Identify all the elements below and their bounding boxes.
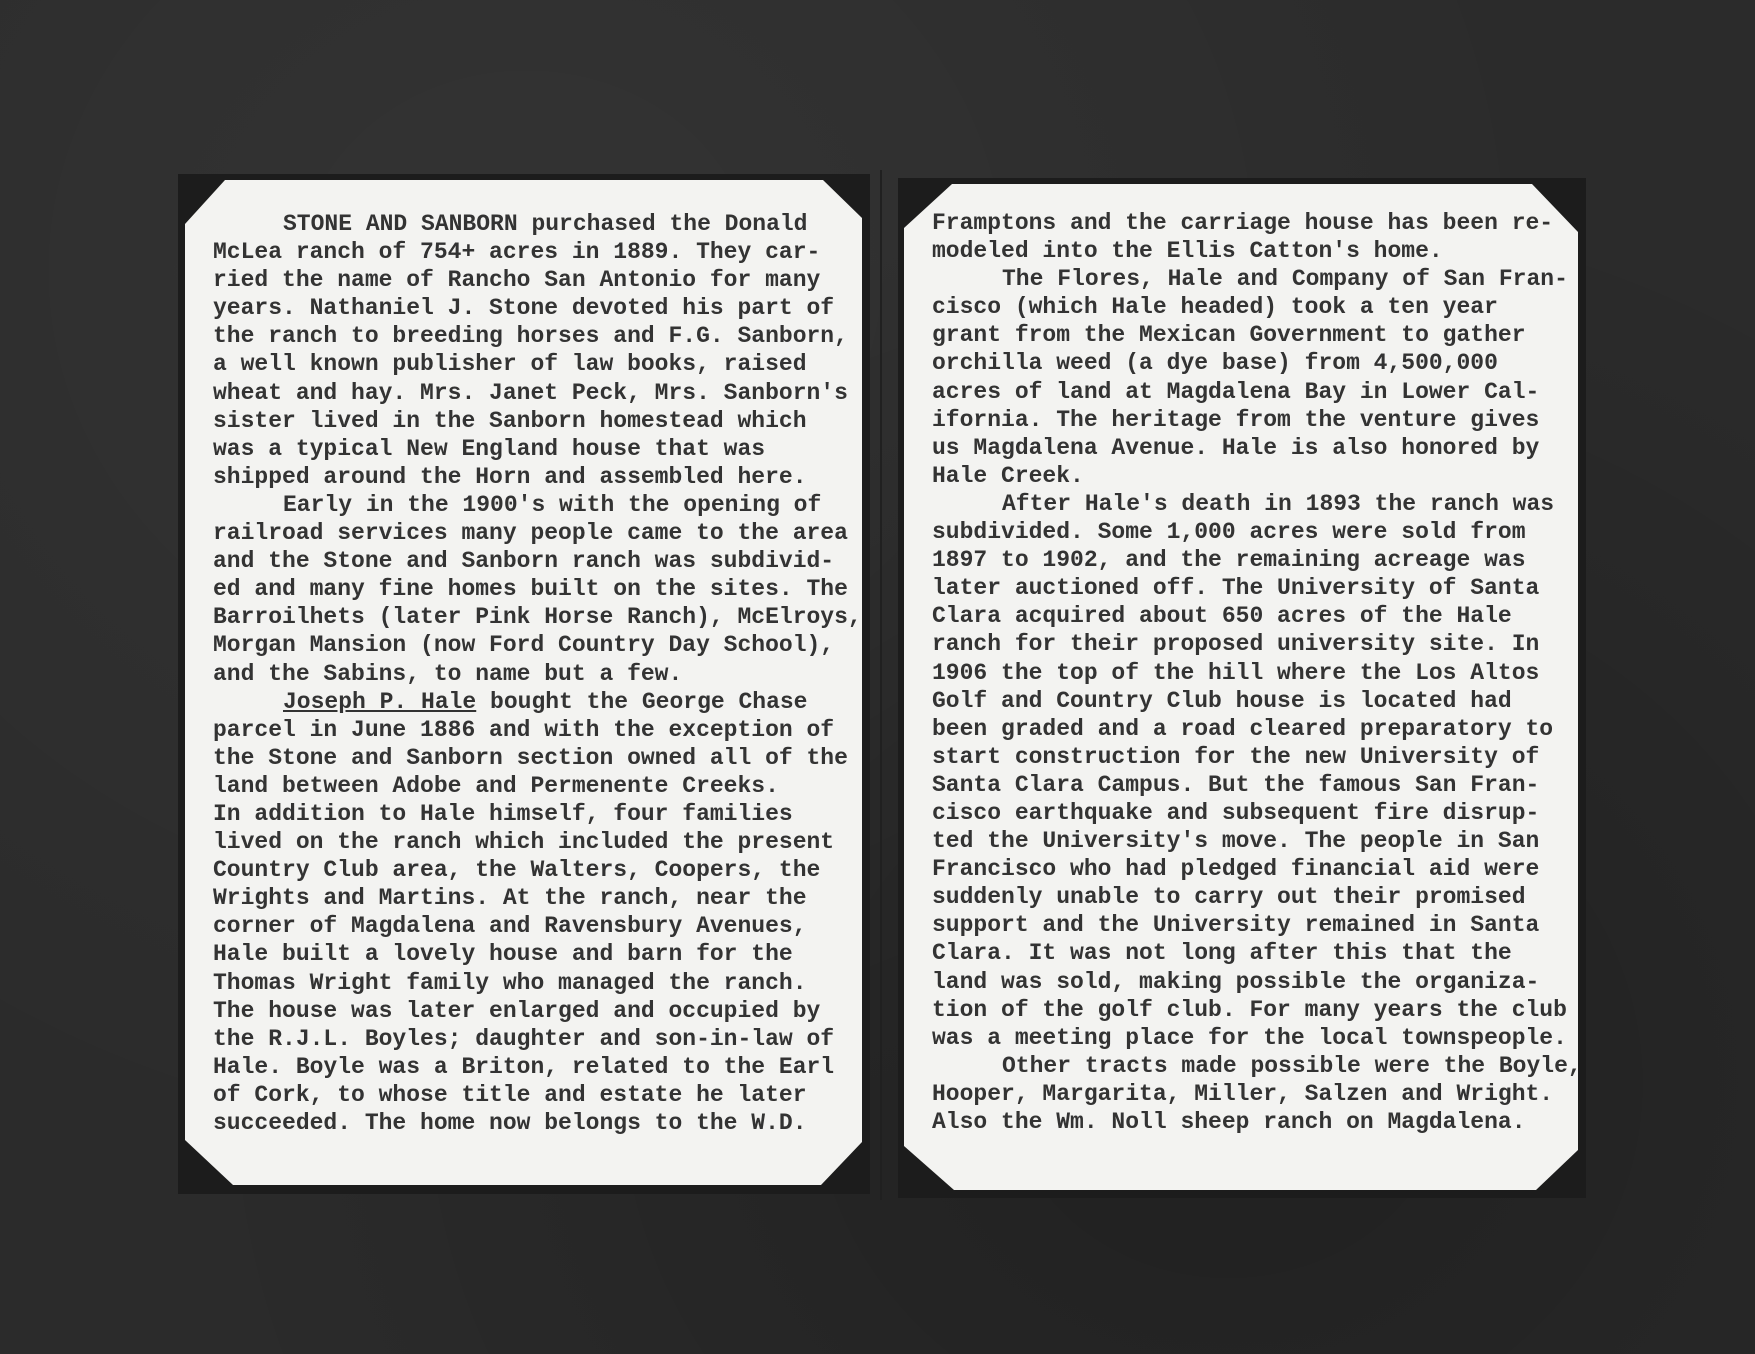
text-line: sister lived in the Sanborn homestead wh…: [213, 407, 862, 435]
text-line: Barroilhets (later Pink Horse Ranch), Mc…: [213, 603, 862, 631]
text-line: McLea ranch of 754+ acres in 1889. They …: [213, 238, 862, 266]
text-line: grant from the Mexican Government to gat…: [932, 321, 1582, 349]
text-line: shipped around the Horn and assembled he…: [213, 463, 862, 491]
text-line: Joseph P. Hale bought the George Chase: [213, 688, 862, 716]
text-line: years. Nathaniel J. Stone devoted his pa…: [213, 294, 862, 322]
text-line: Country Club area, the Walters, Coopers,…: [213, 856, 862, 884]
text-line: In addition to Hale himself, four famili…: [213, 800, 862, 828]
text-line: and the Stone and Sanborn ranch was subd…: [213, 547, 862, 575]
text-line: was a typical New England house that was: [213, 435, 862, 463]
text-line: Other tracts made possible were the Boyl…: [932, 1052, 1582, 1080]
text-line: a well known publisher of law books, rai…: [213, 350, 862, 378]
text-line: wheat and hay. Mrs. Janet Peck, Mrs. San…: [213, 379, 862, 407]
text-line: Hale built a lovely house and barn for t…: [213, 940, 862, 968]
text-line: Wrights and Martins. At the ranch, near …: [213, 884, 862, 912]
text-line: cisco (which Hale headed) took a ten yea…: [932, 293, 1582, 321]
text-line: the R.J.L. Boyles; daughter and son-in-l…: [213, 1025, 862, 1053]
text-line: support and the University remained in S…: [932, 911, 1582, 939]
text-line: subdivided. Some 1,000 acres were sold f…: [932, 518, 1582, 546]
text-line: After Hale's death in 1893 the ranch was: [932, 490, 1582, 518]
text-line: orchilla weed (a dye base) from 4,500,00…: [932, 349, 1582, 377]
text-line: The Flores, Hale and Company of San Fran…: [932, 265, 1582, 293]
text-line: been graded and a road cleared preparato…: [932, 715, 1582, 743]
text-line: ranch for their proposed university site…: [932, 630, 1582, 658]
text-line: Francisco who had pledged financial aid …: [932, 855, 1582, 883]
text-line: Framptons and the carriage house has bee…: [932, 209, 1582, 237]
text-line: STONE AND SANBORN purchased the Donald: [213, 210, 862, 238]
text-line: The house was later enlarged and occupie…: [213, 997, 862, 1025]
text-line: suddenly unable to carry out their promi…: [932, 883, 1582, 911]
text-line: Golf and Country Club house is located h…: [932, 687, 1582, 715]
text-line: ed and many fine homes built on the site…: [213, 575, 862, 603]
text-line: Hooper, Margarita, Miller, Salzen and Wr…: [932, 1080, 1582, 1108]
text-line: start construction for the new Universit…: [932, 743, 1582, 771]
text-line: the Stone and Sanborn section owned all …: [213, 744, 862, 772]
text-line: was a meeting place for the local townsp…: [932, 1024, 1582, 1052]
text-line: land was sold, making possible the organ…: [932, 968, 1582, 996]
text-line: 1906 the top of the hill where the Los A…: [932, 659, 1582, 687]
album-gutter: [880, 170, 882, 1200]
text-line: modeled into the Ellis Catton's home.: [932, 237, 1582, 265]
text-line: ried the name of Rancho San Antonio for …: [213, 266, 862, 294]
text-line: Also the Wm. Noll sheep ranch on Magdale…: [932, 1108, 1582, 1136]
text-line: Santa Clara Campus. But the famous San F…: [932, 771, 1582, 799]
typed-page-right: Framptons and the carriage house has bee…: [904, 184, 1578, 1190]
text-line: cisco earthquake and subsequent fire dis…: [932, 799, 1582, 827]
text-line: Clara acquired about 650 acres of the Ha…: [932, 602, 1582, 630]
text-line: tion of the golf club. For many years th…: [932, 996, 1582, 1024]
text-line: Early in the 1900's with the opening of: [213, 491, 862, 519]
text-line: acres of land at Magdalena Bay in Lower …: [932, 378, 1582, 406]
text-line: Morgan Mansion (now Ford Country Day Sch…: [213, 631, 862, 659]
text-line: Hale. Boyle was a Briton, related to the…: [213, 1053, 862, 1081]
text-line: Clara. It was not long after this that t…: [932, 939, 1582, 967]
text-line: of Cork, to whose title and estate he la…: [213, 1081, 862, 1109]
text-line: corner of Magdalena and Ravensbury Avenu…: [213, 912, 862, 940]
typed-page-left: STONE AND SANBORN purchased the DonaldMc…: [185, 180, 862, 1185]
text-line: Hale Creek.: [932, 462, 1582, 490]
text-line: Thomas Wright family who managed the ran…: [213, 969, 862, 997]
text-line: and the Sabins, to name but a few.: [213, 660, 862, 688]
text-line: ted the University's move. The people in…: [932, 827, 1582, 855]
text-line: ifornia. The heritage from the venture g…: [932, 406, 1582, 434]
text-line: us Magdalena Avenue. Hale is also honore…: [932, 434, 1582, 462]
text-line: later auctioned off. The University of S…: [932, 574, 1582, 602]
text-line: parcel in June 1886 and with the excepti…: [213, 716, 862, 744]
text-line: railroad services many people came to th…: [213, 519, 862, 547]
page-text-right: Framptons and the carriage house has bee…: [932, 209, 1582, 1136]
text-line: succeeded. The home now belongs to the W…: [213, 1109, 862, 1137]
text-line: land between Adobe and Permenente Creeks…: [213, 772, 862, 800]
text-line: 1897 to 1902, and the remaining acreage …: [932, 546, 1582, 574]
text-line: lived on the ranch which included the pr…: [213, 828, 862, 856]
text-line: the ranch to breeding horses and F.G. Sa…: [213, 322, 862, 350]
page-text-left: STONE AND SANBORN purchased the DonaldMc…: [213, 210, 862, 1137]
underlined-name: Joseph P. Hale: [283, 689, 476, 715]
